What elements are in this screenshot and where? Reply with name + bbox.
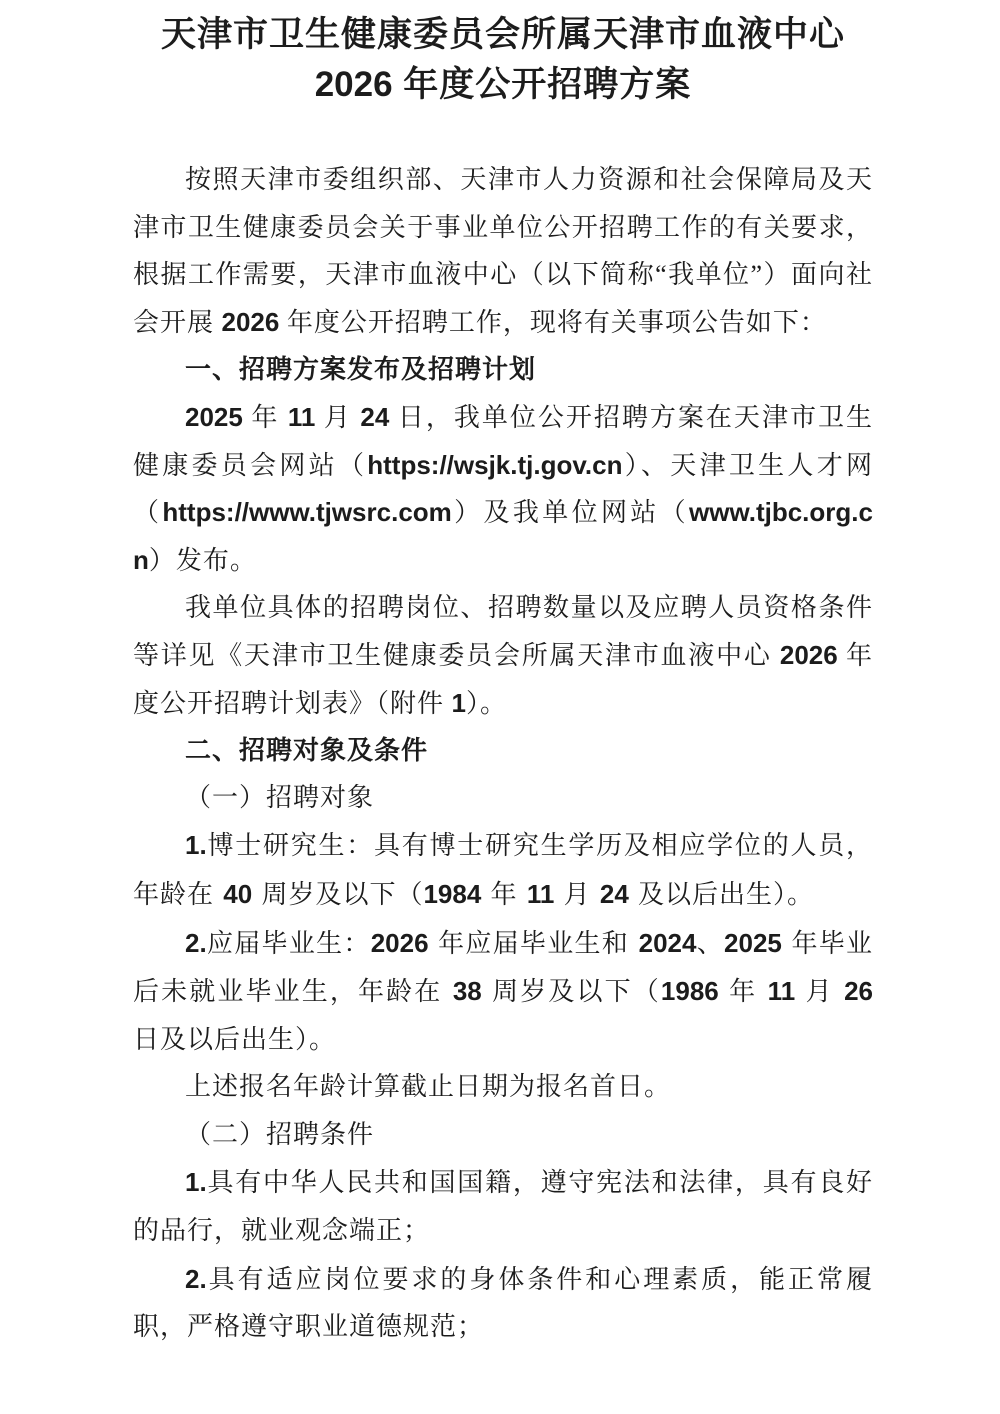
target-item-2-graduates: 2.应届毕业生：2026 年应届毕业生和 2024、2025 年毕业后未就业毕业… [133,920,873,1065]
section-2-2-subheading: （二）招聘条件 [133,1112,873,1160]
document-body: 按照天津市委组织部、天津市人力资源和社会保障局及天津市卫生健康委员会关于事业单位… [133,156,873,1352]
condition-item-2-health: 2.具有适应岗位要求的身体条件和心理素质，能正常履职，严格遵守职业道德规范； [133,1256,873,1352]
section-1-plan-table-paragraph: 我单位具体的招聘岗位、招聘数量以及应聘人员资格条件等详见《天津市卫生健康委员会所… [133,584,873,727]
condition-item-1-nationality: 1.具有中华人民共和国国籍，遵守宪法和法律，具有良好的品行，就业观念端正； [133,1159,873,1255]
document-title-line2: 2026 年度公开招聘方案 [133,60,873,110]
section-2-1-subheading: （一）招聘对象 [133,775,873,823]
target-item-1-doctoral: 1.博士研究生：具有博士研究生学历及相应学位的人员，年龄在 40 周岁及以下（1… [133,822,873,919]
intro-paragraph: 按照天津市委组织部、天津市人力资源和社会保障局及天津市卫生健康委员会关于事业单位… [133,156,873,346]
document-title-line1: 天津市卫生健康委员会所属天津市血液中心 [133,10,873,60]
section-1-heading: 一、招聘方案发布及招聘计划 [133,346,873,394]
section-1-publish-paragraph: 2025 年 11 月 24 日，我单位公开招聘方案在天津市卫生健康委员会网站（… [133,394,873,584]
section-2-heading: 二、招聘对象及条件 [133,727,873,775]
document-title: 天津市卫生健康委员会所属天津市血液中心 2026 年度公开招聘方案 [133,10,873,110]
age-cutoff-note: 上述报名年龄计算截止日期为报名首日。 [133,1064,873,1112]
document-page: 天津市卫生健康委员会所属天津市血液中心 2026 年度公开招聘方案 按照天津市委… [0,0,1000,1414]
